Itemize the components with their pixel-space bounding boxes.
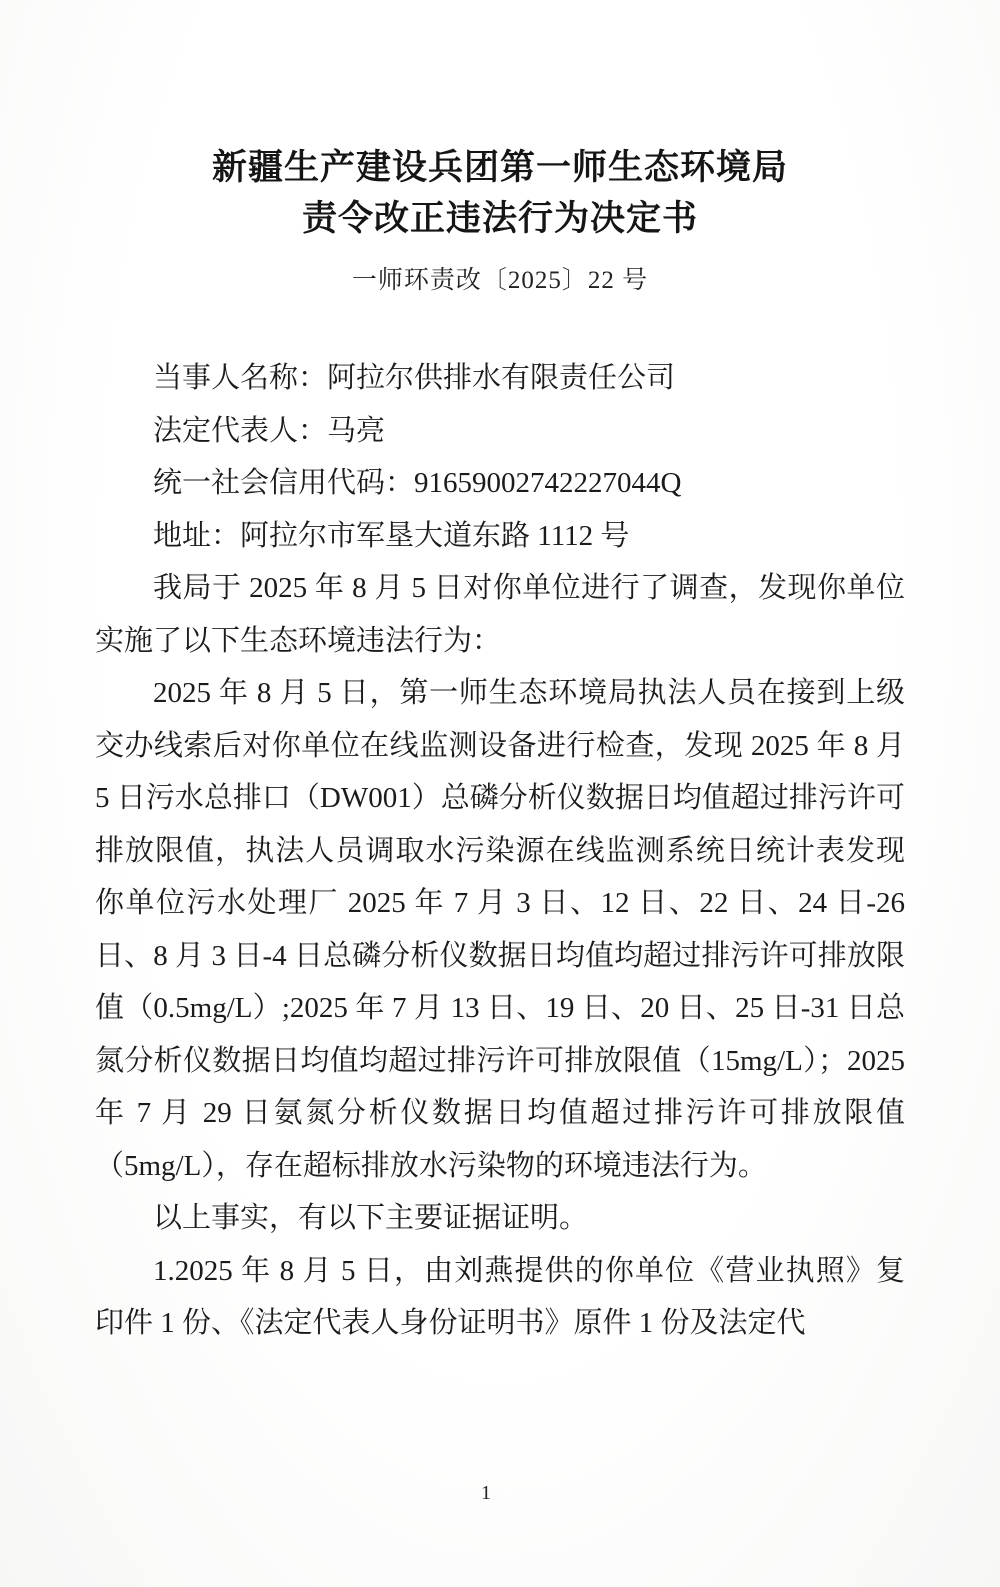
document-page: 新疆生产建设兵团第一师生态环境局 责令改正违法行为决定书 一师环责改〔2025〕… (0, 0, 1000, 1587)
address-value: 阿拉尔市军垦大道东路 1112 号 (240, 520, 629, 552)
credit-code-value: 91659002742227044Q (414, 467, 681, 499)
doc-title-line2: 责令改正违法行为决定书 (0, 193, 1000, 244)
doc-title-line1: 新疆生产建设兵团第一师生态环境局 (0, 142, 1000, 193)
address-label: 地址： (153, 520, 240, 552)
address-line: 地址：阿拉尔市军垦大道东路 1112 号 (95, 510, 905, 563)
legal-representative-label: 法定代表人： (153, 415, 327, 447)
page-number: 1 (0, 1482, 972, 1505)
party-name-line: 当事人名称：阿拉尔供排水有限责任公司 (95, 352, 905, 405)
paragraph-evidence-intro: 以上事实，有以下主要证据证明。 (95, 1192, 905, 1245)
paragraph-violation-details: 2025 年 8 月 5 日，第一师生态环境局执法人员在接到上级交办线索后对你单… (95, 667, 905, 1192)
legal-representative-value: 马亮 (327, 415, 385, 447)
document-body: 当事人名称：阿拉尔供排水有限责任公司 法定代表人：马亮 统一社会信用代码：916… (0, 352, 1000, 1350)
paragraph-evidence-item-1: 1.2025 年 8 月 5 日，由刘燕提供的你单位《营业执照》复印件 1 份、… (95, 1245, 905, 1350)
legal-representative-line: 法定代表人：马亮 (95, 405, 905, 458)
credit-code-line: 统一社会信用代码：91659002742227044Q (95, 457, 905, 510)
party-name-value: 阿拉尔供排水有限责任公司 (327, 362, 675, 394)
document-header: 新疆生产建设兵团第一师生态环境局 责令改正违法行为决定书 一师环责改〔2025〕… (0, 0, 1000, 298)
party-name-label: 当事人名称： (153, 362, 327, 394)
paragraph-investigation-intro: 我局于 2025 年 8 月 5 日对你单位进行了调查，发现你单位实施了以下生态… (95, 562, 905, 667)
credit-code-label: 统一社会信用代码： (153, 467, 414, 499)
doc-number: 一师环责改〔2025〕22 号 (0, 264, 1000, 298)
